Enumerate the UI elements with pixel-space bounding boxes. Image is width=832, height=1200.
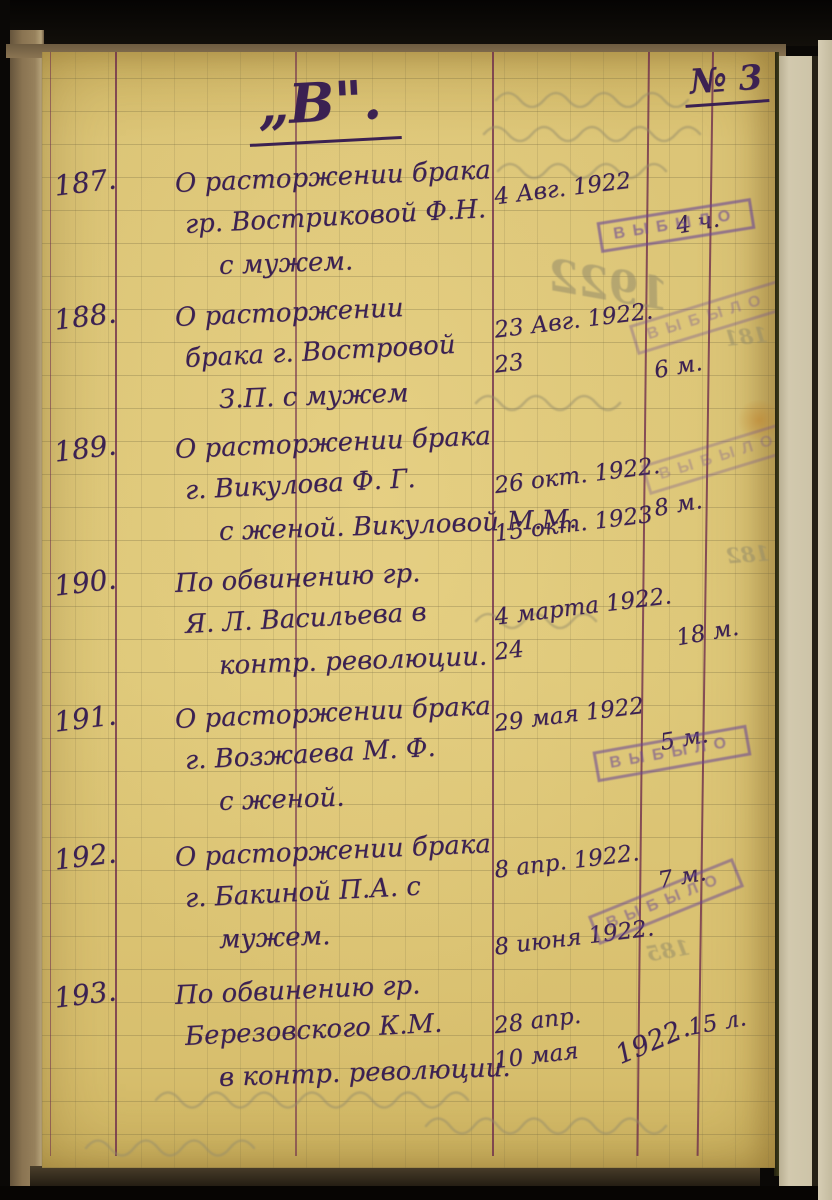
vybylo-stamp: ВЫБЫЛО xyxy=(641,420,775,495)
underlying-pages-edge xyxy=(779,56,812,1186)
ledger-entry: 192.О расторжении бракаг. Бакиной П.А. с… xyxy=(42,838,775,980)
section-letter-heading: „В". xyxy=(246,66,401,147)
entry-dates: 28 апр.10 мая1922. xyxy=(494,1004,581,1074)
photo-background-top xyxy=(0,0,832,46)
ledger-entry: 189.О расторжении бракаг. Викулова Ф. Г.… xyxy=(42,430,775,572)
entry-description: О расторжении бракагр. Востриковой Ф.Н.с… xyxy=(175,164,525,287)
entry-duration: 6 м. xyxy=(652,350,704,384)
underlying-pages-edge xyxy=(818,40,832,1200)
entry-number: 190. xyxy=(52,562,118,602)
ledger-entry: 190.По обвинению гр.Я. Л. Васильева вкон… xyxy=(42,564,775,706)
entry-description: О расторжении бракаг. Возжаева М. Ф.с же… xyxy=(175,700,525,823)
photo-background-left xyxy=(0,0,10,1200)
entry-dates: 23 Авг. 1922.23 xyxy=(494,304,653,374)
entry-number: 191. xyxy=(52,698,118,738)
page-number: № 3 xyxy=(683,57,770,108)
entry-dates: 4 марта 1922.24 xyxy=(494,590,672,660)
entry-number: 189. xyxy=(52,428,118,468)
entry-duration: 15 л. xyxy=(686,1005,748,1041)
entry-description-line: с мужем. xyxy=(218,235,525,287)
entry-description: О расторжениибрака г. ВостровойЗ.П. с му… xyxy=(175,298,525,421)
entry-number: 188. xyxy=(52,296,118,336)
entry-description-line: в контр. революции. xyxy=(218,1047,525,1099)
entry-description: О расторжении бракаг. Викулова Ф. Г.с же… xyxy=(175,430,525,553)
ledger-entry: 188.О расторжениибрака г. ВостровойЗ.П. … xyxy=(42,298,775,440)
entry-date: 4 Авг. 1922 xyxy=(492,164,633,215)
ledger-entry: 193.По обвинению гр.Березовского К.М.в к… xyxy=(42,976,775,1118)
entry-description-line: мужем. xyxy=(218,909,525,961)
entry-description-line: контр. революции. xyxy=(218,635,525,687)
entry-description-line: с женой. Викуловой М.М. xyxy=(218,501,525,553)
entry-description: По обвинению гр.Березовского К.М.в контр… xyxy=(175,976,525,1099)
entry-date: 1922. xyxy=(610,1010,695,1072)
ledger-entry: 191.О расторжении бракаг. Возжаева М. Ф.… xyxy=(42,700,775,842)
entry-dates: 4 Авг. 1922 xyxy=(494,172,632,207)
entry-description: По обвинению гр.Я. Л. Васильева вконтр. … xyxy=(175,564,525,687)
entry-description-line: с женой. xyxy=(218,771,525,823)
ledger-page: 1922181182185 „В". № 3 187.О расторжении… xyxy=(42,52,775,1168)
entry-dates: 26 окт. 1922.15 окт. 1923 xyxy=(494,452,660,548)
scanned-ledger-photo: 1922181182185 „В". № 3 187.О расторжении… xyxy=(0,0,832,1200)
entry-dates: 29 мая 1922 xyxy=(494,698,644,733)
book-cover-edge xyxy=(8,30,44,1200)
photo-background-bottom xyxy=(0,1186,832,1200)
entry-description-line: З.П. с мужем xyxy=(218,369,525,421)
entry-number: 193. xyxy=(52,974,118,1014)
entry-description: О расторжении бракаг. Бакиной П.А. смуже… xyxy=(175,838,525,961)
entry-number: 187. xyxy=(52,162,118,202)
cover-bottom-edge xyxy=(30,1166,760,1188)
entry-number: 192. xyxy=(52,836,118,876)
ledger-entry: 187.О расторжении бракагр. Востриковой Ф… xyxy=(42,164,775,306)
entry-duration: 18 м. xyxy=(674,615,741,652)
